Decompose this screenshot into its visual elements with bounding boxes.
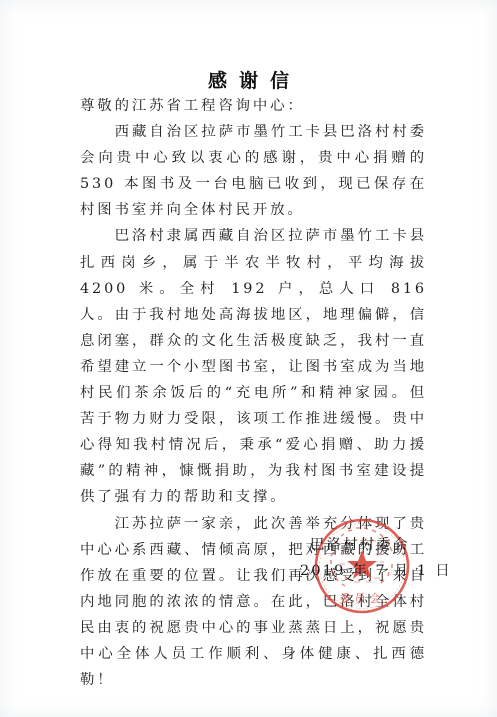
signature-date: 2019 年 7 月 1 日	[300, 558, 452, 584]
letter-page: 感谢信 尊敬的江苏省工程咨询中心： 西藏自治区拉萨市墨竹工卡县巴洛村村委会向贵中…	[0, 0, 497, 717]
letter-title: 感谢信	[0, 66, 497, 93]
paragraph-2: 巴洛村隶属西藏自治区拉萨市墨竹工卡县扎西岗乡，属于半农半牧村，平均海拔 4200…	[80, 223, 427, 510]
paragraph-1: 西藏自治区拉萨市墨竹工卡县巴洛村村委会向贵中心致以衷心的感谢，贵中心捐赠的 53…	[80, 119, 427, 223]
signature-organization: 巴洛村村委会	[300, 532, 452, 558]
salutation: 尊敬的江苏省工程咨询中心：	[80, 93, 427, 119]
stamp-bottom-text: 委员会	[340, 591, 385, 605]
signature-block: 巴洛村村委会 2019 年 7 月 1 日	[300, 532, 452, 584]
